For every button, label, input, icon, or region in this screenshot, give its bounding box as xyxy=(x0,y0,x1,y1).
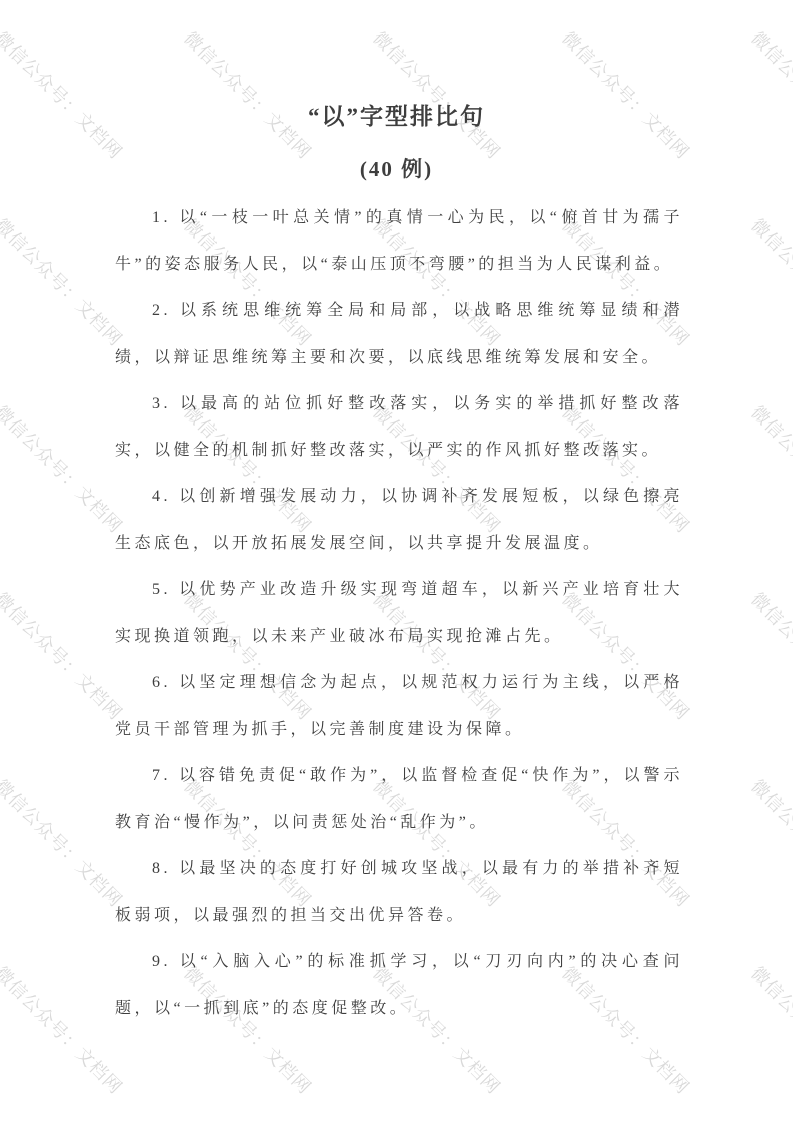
paragraph-6: 6. 以坚定理想信念为起点，以规范权力运行为主线，以严格党员干部管理为抓手，以完… xyxy=(115,660,683,753)
document-content: “以”字型排比句 (40 例) 1. 以“一枝一叶总关情”的真情一心为民，以“俯… xyxy=(0,0,793,1122)
paragraph-7: 7. 以容错免责促“敢作为”，以监督检查促“快作为”，以警示教育治“慢作为”，以… xyxy=(115,753,683,846)
document-body: 1. 以“一枝一叶总关情”的真情一心为民，以“俯首甘为孺子牛”的姿态服务人民，以… xyxy=(115,195,683,1032)
paragraph-2: 2. 以系统思维统筹全局和局部，以战略思维统筹显绩和潜绩，以辩证思维统筹主要和次… xyxy=(115,288,683,381)
paragraph-1: 1. 以“一枝一叶总关情”的真情一心为民，以“俯首甘为孺子牛”的姿态服务人民，以… xyxy=(115,195,683,288)
document-page: 微信公众号：文档网微信公众号：文档网微信公众号：文档网微信公众号：文档网微信公众… xyxy=(0,0,793,1122)
paragraph-8: 8. 以最坚决的态度打好创城攻坚战，以最有力的举措补齐短板弱项，以最强烈的担当交… xyxy=(115,846,683,939)
page-title: “以”字型排比句 xyxy=(0,0,793,143)
page-subtitle: (40 例) xyxy=(0,143,793,195)
paragraph-5: 5. 以优势产业改造升级实现弯道超车，以新兴产业培育壮大实现换道领跑，以未来产业… xyxy=(115,567,683,660)
paragraph-3: 3. 以最高的站位抓好整改落实，以务实的举措抓好整改落实，以健全的机制抓好整改落… xyxy=(115,381,683,474)
paragraph-4: 4. 以创新增强发展动力，以协调补齐发展短板，以绿色擦亮生态底色，以开放拓展发展… xyxy=(115,474,683,567)
paragraph-9: 9. 以“入脑入心”的标准抓学习，以“刀刃向内”的决心查问题，以“一抓到底”的态… xyxy=(115,939,683,1032)
